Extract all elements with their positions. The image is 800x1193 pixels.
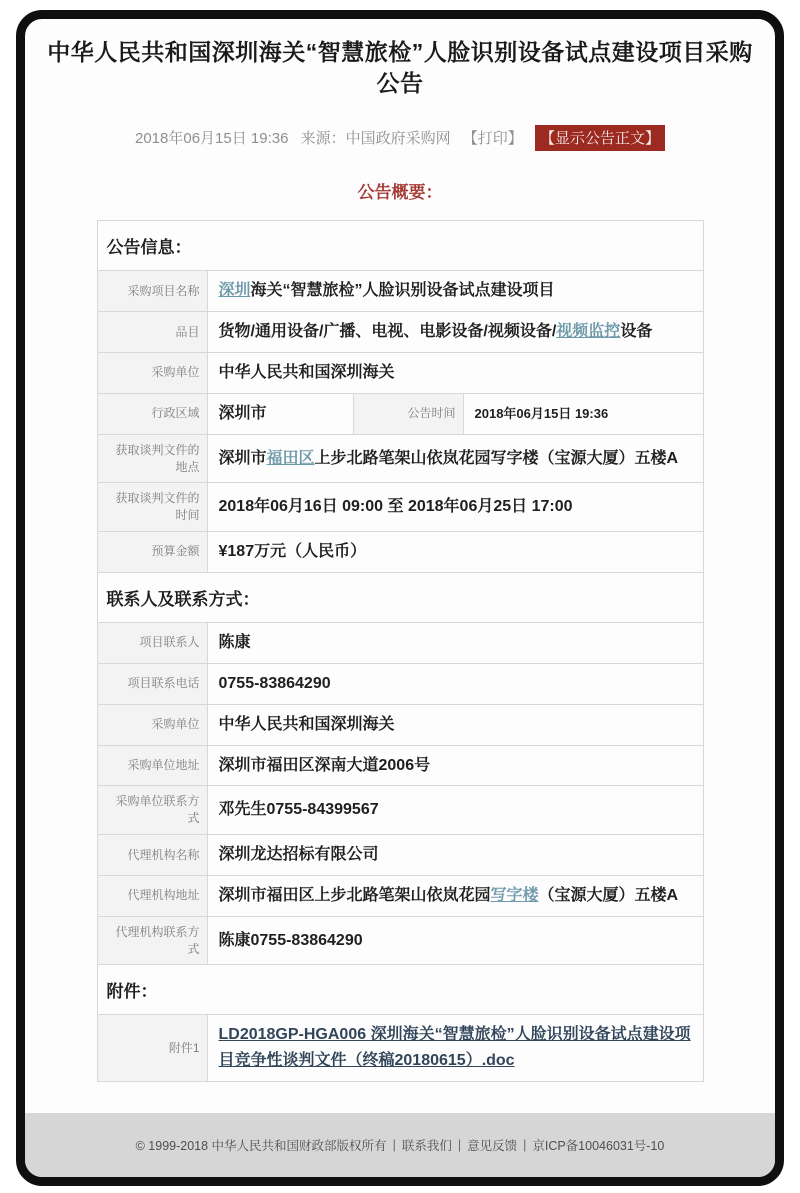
row-value: LD2018GP-HGA006 深圳海关“智慧旅检”人脸识别设备试点建设项目竞争… [207,1015,703,1082]
table-row-doc-time: 获取谈判文件的时间 2018年06月16日 09:00 至 2018年06月25… [97,483,703,532]
row-label: 公告时间 [353,393,463,434]
table-row-purchaser-address: 采购单位地址 深圳市福田区深南大道2006号 [97,745,703,786]
row-value-text: 设备 [620,323,652,340]
row-value: 陈康0755-83864290 [207,916,703,965]
shenzhen-link[interactable]: 深圳 [219,282,251,299]
row-value: 2018年06月16日 09:00 至 2018年06月25日 17:00 [207,483,703,532]
office-building-link[interactable]: 写字楼 [491,887,539,904]
table-row-doc-place: 获取谈判文件的地点 深圳市福田区上步北路笔架山依岚花园写字楼（宝源大厦）五楼A [97,434,703,483]
row-value: 2018年06月15日 19:36 [463,393,703,434]
source-text: 来源：中国政府采购网 [301,130,451,147]
row-value: 深圳龙达招标有限公司 [207,835,703,876]
table-row-agency-address: 代理机构地址 深圳市福田区上步北路笔架山依岚花园写字楼（宝源大厦）五楼A [97,875,703,916]
table-row-project-name: 采购项目名称 深圳海关“智慧旅检”人脸识别设备试点建设项目 [97,271,703,312]
row-label: 项目联系电话 [97,663,207,704]
row-value-text: （宝源大厦）五楼A [539,887,679,904]
row-label: 代理机构名称 [97,835,207,876]
summary-heading: 公告概要： [25,178,775,203]
table-row-project-contact: 项目联系人 陈康 [97,622,703,663]
page-frame: 中华人民共和国深圳海关“智慧旅检”人脸识别设备试点建设项目采购公告 2018年0… [16,10,784,1186]
row-label: 行政区域 [97,393,207,434]
row-value-text: 深圳市福田区上步北路笔架山依岚花园 [219,887,491,904]
section-row-attachments: 附件： [97,965,703,1015]
table-row-project-phone: 项目联系电话 0755-83864290 [97,663,703,704]
futian-district-link[interactable]: 福田区 [267,450,315,467]
row-value: 0755-83864290 [207,663,703,704]
row-value: 货物/通用设备/广播、电视、电影设备/视频设备/视频监控设备 [207,312,703,353]
section-header-contacts: 联系人及联系方式： [97,572,703,622]
row-value-text: 深圳市 [219,450,267,467]
row-value: 邓先生0755-84399567 [207,786,703,835]
row-label: 采购项目名称 [97,271,207,312]
footer-separator: | [523,1138,526,1152]
table-row-region-time: 行政区域 深圳市 公告时间 2018年06月15日 19:36 [97,393,703,434]
row-label: 获取谈判文件的地点 [97,434,207,483]
table-row-agency-contact: 代理机构联系方式 陈康0755-83864290 [97,916,703,965]
row-label: 代理机构联系方式 [97,916,207,965]
row-value: 陈康 [207,622,703,663]
row-label: 采购单位地址 [97,745,207,786]
notice-table: 公告信息： 采购项目名称 深圳海关“智慧旅检”人脸识别设备试点建设项目 品目 货… [97,220,704,1082]
table-row-category: 品目 货物/通用设备/广播、电视、电影设备/视频设备/视频监控设备 [97,312,703,353]
row-label: 采购单位 [97,352,207,393]
table-row-budget: 预算金额 ¥187万元（人民币） [97,531,703,572]
video-surveillance-link[interactable]: 视频监控 [556,323,620,340]
icp-number: 京ICP备10046031号-10 [532,1136,664,1154]
table-row-attachment-1: 附件1 LD2018GP-HGA006 深圳海关“智慧旅检”人脸识别设备试点建设… [97,1015,703,1082]
row-value-text: 上步北路笔架山依岚花园写字楼（宝源大厦）五楼A [315,450,679,467]
footer-separator: | [458,1138,461,1152]
section-header-attachments: 附件： [97,965,703,1015]
row-label: 附件1 [97,1015,207,1082]
row-value: 深圳市福田区深南大道2006号 [207,745,703,786]
contact-us-link[interactable]: 联系我们 [402,1136,452,1154]
footer-separator: | [393,1138,396,1152]
row-label: 预算金额 [97,531,207,572]
attachment-file-link[interactable]: LD2018GP-HGA006 深圳海关“智慧旅检”人脸识别设备试点建设项目竞争… [219,1026,691,1069]
section-header-notice-info: 公告信息： [97,221,703,271]
row-value: 深圳海关“智慧旅检”人脸识别设备试点建设项目 [207,271,703,312]
row-value: 深圳市福田区上步北路笔架山依岚花园写字楼（宝源大厦）五楼A [207,875,703,916]
meta-line: 2018年06月15日 19:36 来源：中国政府采购网 【打印】 【显示公告正… [25,125,775,151]
row-value: 中华人民共和国深圳海关 [207,704,703,745]
table-row-purchaser-contact: 采购单位联系方式 邓先生0755-84399567 [97,786,703,835]
row-value: 中华人民共和国深圳海关 [207,352,703,393]
feedback-link[interactable]: 意见反馈 [467,1136,517,1154]
row-value: 深圳市福田区上步北路笔架山依岚花园写字楼（宝源大厦）五楼A [207,434,703,483]
row-value-text: 海关“智慧旅检”人脸识别设备试点建设项目 [251,282,555,299]
print-button[interactable]: 【打印】 [463,130,523,147]
publish-datetime: 2018年06月15日 19:36 [135,130,288,147]
row-label: 获取谈判文件的时间 [97,483,207,532]
page-title: 中华人民共和国深圳海关“智慧旅检”人脸识别设备试点建设项目采购公告 [47,37,753,99]
row-label: 采购单位 [97,704,207,745]
section-row-contacts: 联系人及联系方式： [97,572,703,622]
footer: © 1999-2018 中华人民共和国财政部版权所有 | 联系我们 | 意见反馈… [25,1113,775,1177]
table-row-purchaser: 采购单位 中华人民共和国深圳海关 [97,352,703,393]
row-label: 品目 [97,312,207,353]
row-value: 深圳市 [207,393,353,434]
section-row-notice-info: 公告信息： [97,221,703,271]
row-label: 项目联系人 [97,622,207,663]
table-row-agency-name: 代理机构名称 深圳龙达招标有限公司 [97,835,703,876]
row-label: 采购单位联系方式 [97,786,207,835]
row-value: ¥187万元（人民币） [207,531,703,572]
show-notice-button[interactable]: 【显示公告正文】 [535,125,665,151]
copyright-text: © 1999-2018 中华人民共和国财政部版权所有 [136,1136,387,1154]
table-row-purchaser-name: 采购单位 中华人民共和国深圳海关 [97,704,703,745]
row-value-text: 货物/通用设备/广播、电视、电影设备/视频设备/ [219,323,557,340]
row-label: 代理机构地址 [97,875,207,916]
